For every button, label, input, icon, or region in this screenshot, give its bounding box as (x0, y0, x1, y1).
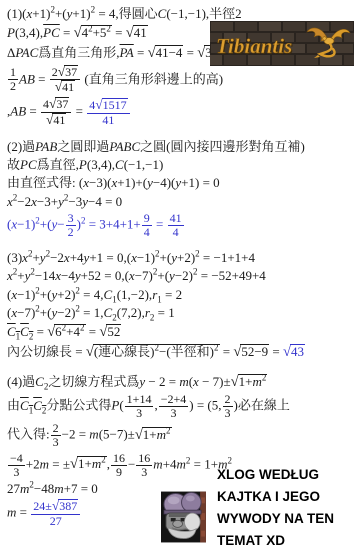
xlog-caption: XLOG WEDŁUG KAJTKA I JEGO WYWODY NA TEN … (217, 464, 359, 548)
math-line: (3)x2+y2−2x+4y+1 = 0,(x−1)2+(y+2)2 = −1+… (7, 250, 360, 266)
math-line: 故PC爲直徑,P(3,4),C(−1,−1) (7, 157, 360, 173)
xlog-line-4: TEMAT XD (217, 530, 359, 548)
math-line: x2+y2−14x−4y+52 = 0,(x−7)2+(y−2)2 = −52+… (7, 268, 360, 284)
tibiantis-logo: Tibiantis Tibiantis (210, 21, 354, 66)
brick-wall-graphic: Tibiantis Tibiantis (210, 21, 354, 66)
math-line: (x−7)2+(y−2)2 = 1,C2(7,2),r2 = 1 (7, 305, 360, 321)
math-line: 由直徑式得: (x−3)(x+1)+(y−4)(y+1) = 0 (7, 175, 360, 191)
solution-section-2: (2)過PAB之圓即過PABC之圓(圓內接四邊形對角互補)故PC爲直徑,P(3,… (7, 139, 360, 239)
math-line: (4)過C2之切線方程式爲y − 2 = m(x − 7)±√1+m2 (7, 373, 360, 391)
solution-section-3: (3)x2+y2−2x+4y+1 = 0,(x−1)2+(y+2)2 = −1+… (7, 250, 360, 361)
xlog-line-2: KAJTKA I JEGO (217, 486, 359, 508)
math-line: (1)(x+1)2+(y+1)2 = 4,得圓心C(−1,−1),半徑2 (7, 6, 360, 22)
math-line: (x−1)2+(y−32)2 = 3+4+1+94 = 414 (7, 212, 360, 239)
math-line: (x−1)2+(y+2)2 = 4,C1(1,−2),r1 = 2 (7, 287, 360, 303)
math-line: 內公切線長 = √(連心線長)2−(半徑和)2 = √52−9 = √43 (7, 343, 360, 361)
math-line: ,AB = 4√37√41 = 4√151741 (7, 97, 360, 128)
xlog-line-1: XLOG WEDŁUG (217, 464, 359, 486)
math-solution: (1)(x+1)2+(y+1)2 = 4,得圓心C(−1,−1),半徑2P(3,… (7, 6, 360, 539)
math-line: (2)過PAB之圓即過PABC之圓(圓內接四邊形對角互補) (7, 139, 360, 155)
math-line: C1C2 = √62+42 = √52 (7, 323, 360, 341)
math-line: 12AB = 2√37√41 (直角三角形斜邊上的高) (7, 65, 360, 96)
dwarf-sprite-image (161, 491, 206, 543)
page: (1)(x+1)2+(y+1)2 = 4,得圓心C(−1,−1),半徑2P(3,… (0, 0, 360, 548)
xlog-line-3: WYWODY NA TEN (217, 508, 359, 530)
math-line: x2−2x−3+y2−3y−4 = 0 (7, 194, 360, 210)
helmet (164, 493, 201, 515)
math-line: 由C1C2分點公式得P(1+143,−2+43) = (5,23)必在線上 (7, 393, 360, 420)
logo-title: Tibiantis (216, 34, 292, 58)
math-line: 代入得:23−2 = m(5−7)±√1+m2 (7, 422, 360, 449)
